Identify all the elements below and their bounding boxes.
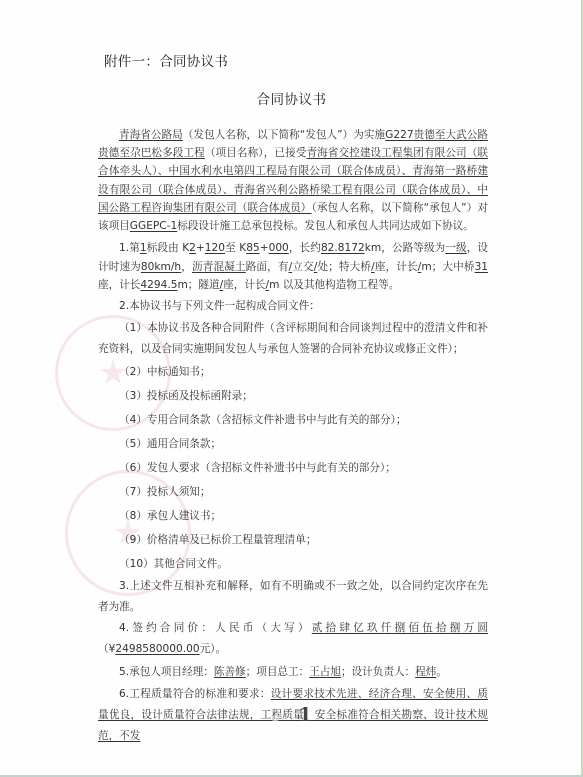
clause-2-intro: 2.本协议书与下列文件一起构成合同文件： — [98, 294, 488, 318]
section-number: 1 — [140, 242, 147, 254]
clause-4: 4.签约合同价：人民币（大写）贰拾肆亿玖仟捌佰伍拾捌万圆（¥2498580000… — [98, 618, 488, 660]
text: （发包人名称，以下简称“发包人”）为实施 — [183, 129, 385, 141]
page-number: 31 — [0, 704, 583, 726]
text: ， — [181, 261, 192, 273]
text: 座，计长 — [223, 279, 265, 291]
design-speed: 80km/h — [141, 261, 181, 273]
contract-price-words: 贰拾肆亿玖仟捌佰伍拾捌万圆 — [312, 622, 488, 634]
end-km: 85 — [246, 242, 259, 254]
clause-2-item-4: （4）专用合同条款（含招标文件补遗书中与此有关的部分）； — [98, 408, 488, 432]
clause-2-item-9: （9）价格清单及已标价工程量管理清单； — [98, 528, 488, 552]
text: 至 K — [225, 242, 246, 254]
page-number-value: 1 — [299, 704, 312, 726]
preamble-paragraph: 青海省公路局（发包人名称，以下简称“发包人”）为实施G227贵德至大武公路贵德至… — [98, 126, 488, 235]
clause-2-item-7: （7）投标人须知； — [98, 480, 488, 504]
road-grade: 一级 — [445, 242, 466, 254]
text: 座，计长 — [375, 261, 418, 273]
road-length: 82.8172 — [321, 242, 365, 254]
attachment-header: 附件一：合同协议书 — [104, 50, 228, 70]
clause-1: 1.第1标段由 K2+120至 K85+000，长约82.8172km，公路等级… — [98, 239, 488, 294]
text: 1.第 — [119, 242, 140, 254]
clause-2-item-5: （5）通用合同条款； — [98, 432, 488, 456]
text: + — [260, 242, 269, 254]
text: 立交 — [292, 261, 314, 273]
start-m: 120 — [205, 242, 225, 254]
clause-3: 3.上述文件互相补充和解释，如有不明确或不一致之处，以合同约定次序在先者为准。 — [98, 576, 488, 618]
clause-5: 5.承包人项目经理：陈善修；项目总工：王占旭；设计负责人：程炜。 — [98, 660, 488, 684]
clause-2-item-2: （2）中标通知书； — [98, 360, 488, 384]
design-lead: 程炜 — [415, 666, 436, 678]
bridge-count: 31 — [475, 261, 488, 273]
section-code: GGEPC-1 — [130, 220, 177, 232]
clause-2-item-8: （8）承包人建议书； — [98, 504, 488, 528]
text: 路面，有 — [246, 261, 289, 273]
text: 。 — [436, 666, 447, 678]
text: km，公路等级为 — [365, 242, 446, 254]
text: ；设计负责人： — [341, 666, 415, 678]
text: 处；特大桥 — [317, 261, 371, 273]
text: + — [196, 242, 205, 254]
employer-name: 青海省公路局 — [119, 129, 183, 141]
clause-2-item-1: （1）本协议书及各种合同附件（含评标期间和合同谈判过程中的澄清文件和补充资料，以… — [98, 318, 488, 360]
text: ，长约 — [289, 242, 321, 254]
text: 标段由 K — [147, 242, 190, 254]
text: ；项目总工： — [246, 666, 310, 678]
clause-2-item-10: （10）其他合同文件。 — [98, 552, 488, 576]
text: 座，计长 — [98, 279, 140, 291]
text: 6.工程质量符合的标准和要求： — [119, 688, 271, 700]
text: （¥ — [98, 643, 115, 655]
text: m 以及其他构造物工程等。 — [269, 279, 399, 291]
clause-2-item-6: （6）发包人要求（含招标文件补遗书中与此有关的部分）； — [98, 456, 488, 480]
text: （项目名称），已接受 — [205, 147, 307, 159]
text: 标段设计施工总承包投标。发包人和承包人共同达成如下协议。 — [177, 220, 474, 232]
start-km: 2 — [189, 242, 196, 254]
pavement-type: 沥青混凝土 — [192, 261, 246, 273]
contract-price-figures: 2498580000.00 — [115, 643, 199, 655]
bridge-length: 4294.5 — [140, 279, 177, 291]
document-page: 附件一：合同协议书 合同协议书 青海省公路局（发包人名称，以下简称“发包人”）为… — [0, 0, 583, 777]
chief-engineer: 王占旭 — [309, 666, 341, 678]
text: 4.签约合同价：人民币（大写） — [119, 622, 312, 634]
clause-2-item-3: （3）投标函及投标函附录； — [98, 384, 488, 408]
document-title: 合同协议书 — [0, 88, 583, 108]
document-body: 青海省公路局（发包人名称，以下简称“发包人”）为实施G227贵德至大武公路贵德至… — [98, 126, 488, 747]
text: m；隧道 — [177, 279, 219, 291]
text: 5.承包人项目经理： — [119, 666, 214, 678]
bleed-through-number: 3 — [271, 707, 281, 725]
project-manager: 陈善修 — [214, 666, 246, 678]
text: 元）。 — [200, 643, 226, 655]
end-m: 000 — [269, 242, 289, 254]
text: m；大中桥 — [421, 261, 474, 273]
